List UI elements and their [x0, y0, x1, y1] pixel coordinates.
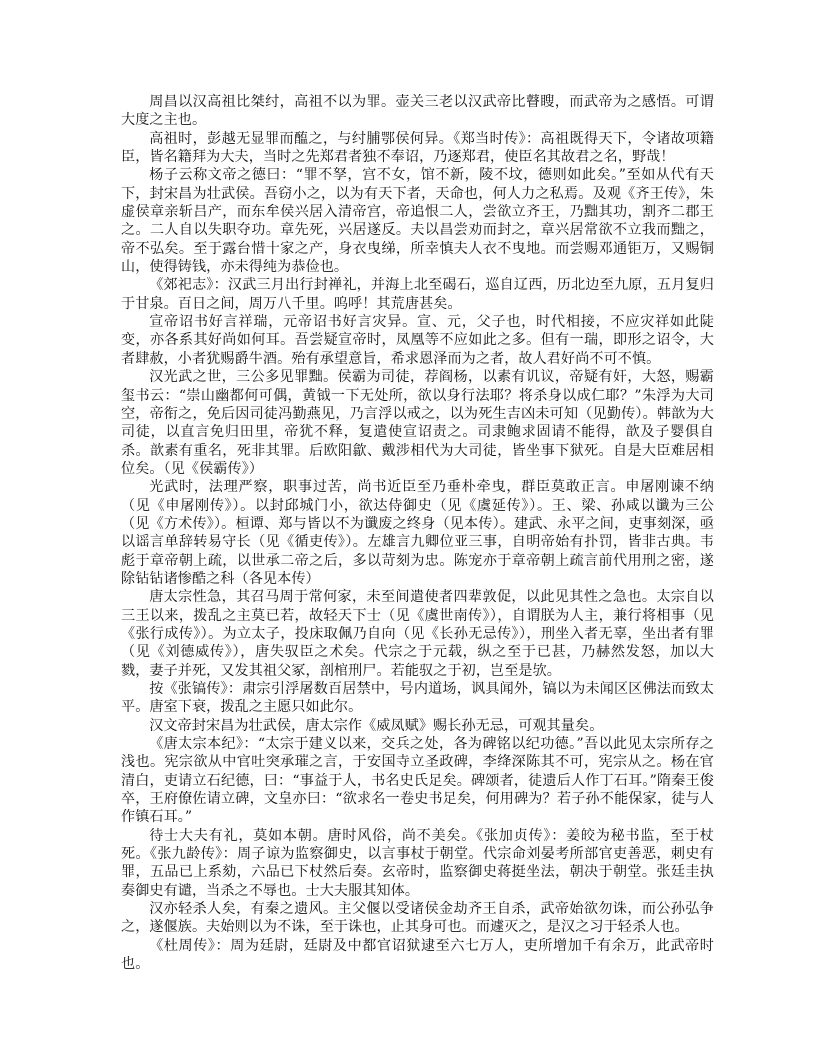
paragraph-yang-ziyun: 杨子云称文帝之德曰：“罪不孥，宫不女，馆不新，陵不坟，德则如此矣。”至如从代有天… [121, 166, 714, 276]
paragraph-guangwu-law: 光武时，法理严察，职事过苦，尚书近臣至乃垂朴牵曳，群臣莫敢正言。申屠刚谏不纳（见… [121, 478, 714, 588]
paragraph-taizong-annals: 《唐太宗本纪》：“太宗于建义以来，交兵之处，各为碑铭以纪功德。”吾以此见太宗所存… [121, 735, 714, 827]
paragraph-han-killing: 汉亦轻杀人矣，有秦之遗风。主父偃以受诸侯金劫齐王自杀，武帝始欲勿诛，而公孙弘争之… [121, 900, 714, 937]
paragraph-jiaosi-zhi: 《郊祀志》：汉武三月出行封禅礼，并海上北至碣石，巡自辽西，历北边至九原，五月复归… [121, 276, 714, 313]
paragraph-du-zhou: 《杜周传》：周为廷尉，廷尉及中都官诏狱逮至六七万人，吏所增加千有余万，此武帝时也… [121, 937, 714, 974]
paragraph-treating-officials: 待士大夫有礼，莫如本朝。唐时风俗，尚不美矣。《张加贞传》：姜皎为秘书监，至于杖死… [121, 827, 714, 900]
paragraph-guangwu-three-dukes: 汉光武之世，三公多见罪黜。侯霸为司徒，荐阎杨，以素有讥议，帝疑有奸，大怒，赐霸玺… [121, 368, 714, 478]
paragraph-xuan-yuan-edicts: 宣帝诏书好言祥瑞，元帝诏书好言灾异。宣、元，父子也，时代相接，不应灾祥如此陡变，… [121, 313, 714, 368]
paragraph-peng-yue: 高祖时，彭越无显罪而醢之，与纣脯鄂侯何异。《郑当时传》：高祖既得天下，令诸故项籍… [121, 130, 714, 167]
paragraph-han-wendi-tang-taizong: 汉文帝封宋昌为壮武侯，唐太宗作《威凤赋》赐长孙无忌，可观其量矣。 [121, 717, 714, 735]
paragraph-zhang-gao: 按《张镐传》：肃宗引浮屠数百居禁中，号内道场，讽具闻外，镐以为未闻区区佛法而致太… [121, 680, 714, 717]
paragraph-tang-taizong-temper: 唐太宗性急，其召马周于常何家，未至间遣使者四辈敦促，以此见其性之急也。太宗自以三… [121, 588, 714, 680]
document-page: 周昌以汉高祖比桀纣，高祖不以为罪。壶关三老以汉武帝比瞽瞍，而武帝为之感悟。可谓大… [121, 93, 714, 974]
paragraph-zhou-chang: 周昌以汉高祖比桀纣，高祖不以为罪。壶关三老以汉武帝比瞽瞍，而武帝为之感悟。可谓大… [121, 93, 714, 130]
